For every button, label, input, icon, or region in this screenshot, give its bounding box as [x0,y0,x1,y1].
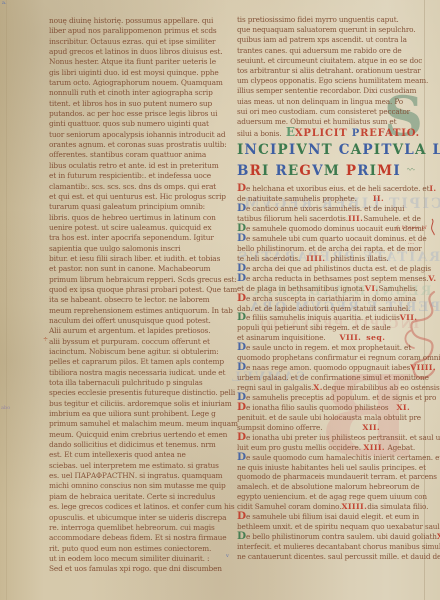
manuscript-line: offerentes. stantibus coram quattuor ani… [49,150,217,160]
text-segment: egypto ueniencium. et de agag rege quem … [237,492,427,502]
libri-regum-letters: BRI REGVM PRIMI [237,161,401,182]
manuscript-line: gis libri uiginti duo. id est moysi quin… [49,68,217,78]
text-segment: VII. [400,313,418,323]
heading-letter: L [404,140,415,161]
capitulum-line: interfecit. et mulieres decantabant chor… [237,542,415,552]
heading-letter: R [357,161,369,182]
heading-letter: R [250,161,262,182]
capitulum-line: De helchana et uxoribus eius. et de heli… [237,184,415,194]
text-segment: e saule uncto in regem. et mox prophetau… [246,343,411,353]
prefatio-text: tis pretiosissimo fidei myrro unguentis … [237,15,415,127]
heading-letter: A [415,140,427,161]
manuscript-line: tarum octo. Agiographorum nouem. Quamqua… [49,78,217,88]
text-segment: D [237,234,246,244]
text-segment: D [237,184,246,194]
manuscript-line: imbrium ea que uiliora sunt prohibent. L… [49,409,217,419]
text-segment: tatibus filiorum heli sacerdotis. [237,214,348,224]
text-segment: seq. [366,333,385,343]
capitulum-line: De archa suscepta in cariathiarim in dom… [237,294,415,304]
text-segment: luit eum pro gustu mellis occidere. [237,443,361,453]
text-segment: E [286,127,295,137]
heading-letter: B [237,161,250,182]
text-segment: e samuhele quomodo dominus uocauit eum d… [246,224,424,234]
manuscript-line: quod ex ipsa quoque phrasi probari potes… [49,285,217,295]
text-segment: REFATIO. [360,129,420,139]
capitulum-line: de natiuitate samuhelis prophete.II. [237,194,415,204]
text-segment: urbem galaad. et de confirmatione simul … [237,373,429,383]
manuscript-line: est. Et cum intellexeris quod antea ne [49,450,217,460]
manuscript-line: piam de hebraica ueritate. Certe si incr… [49,492,217,502]
heading-letter: I [270,140,278,161]
capitulum-line: te heli sacerdotis.IIII.philistinis illa… [237,254,415,264]
manuscript-line: apud grecos et latinos in duos libros di… [49,47,217,57]
capitulum-line: ne quis iniuste habitantes heli uel saul… [237,463,415,473]
manuscript-line: clamantib:. scs. scs. scs. dns ds omps. … [49,182,217,192]
manuscript-line: que nequaquam saluatorem querunt in sepu… [237,25,415,35]
manuscript-line: tuor seniorum apocalypsis iohannis intro… [49,130,217,140]
text-segment: e archa suscepta in cariathiarim in domo… [246,294,416,304]
text-segment: D [237,453,246,463]
text-segment: et asinarum inquisitione. [237,333,326,343]
manuscript-line: sui ori meo custodiam. cum consisteret p… [237,107,415,117]
manuscript-line: es. uel ΠΑΡΑΦΡΑCΤΗΝ. si ingratus. quamqu… [49,471,217,481]
manuscript-line: Nonus hester. Atque ita fiunt pariter ue… [49,57,217,67]
text-segment: e samuhele ubi cum quarto uocauit dominu… [246,234,427,244]
heading-letter: M [324,161,340,182]
text-segment: XIIII. [341,502,367,512]
heading-letter: N [245,140,259,161]
right-text-column: tis pretiosissimo fidei myrro unguentis … [237,15,415,562]
text-segment: Samuhele. et de [363,214,421,224]
manuscript-line: um clypeos opponatis. Ego sciens humilit… [237,76,415,86]
text-segment: ne cantauerunt dicentes. saul percussit … [237,552,440,562]
capitulum-line: quomodo prophetans confirmatur ei regnum… [237,353,415,363]
capitulum-line: amalech. et de absolutione malorum hebre… [237,482,415,492]
text-segment: D [237,433,246,443]
manuscript-line: dando sollicitius et didicimus et tenemu… [49,440,217,450]
incipiunt-capitula-heading: INCIPIVNT CAPITVLA LI [237,140,415,161]
text-segment: D [237,294,246,304]
text-segment: D [237,204,246,214]
text-segment: III. [348,214,363,224]
manuscript-line: meum reprehensionem estimes antiquorum. … [49,306,217,316]
capitulum-line: urbem galaad. et de confirmatione simul … [237,373,415,383]
heading-letter: I [374,140,382,161]
text-segment: populi qui petierunt sibi regem. et de s… [237,323,391,333]
text-segment: e saule quomodo cum hamalechitis inierit… [246,453,440,463]
manuscript-line: titent. et libros hos in suo putent nume… [49,99,217,109]
heading-letter: M [377,161,393,182]
heading-letter: R [275,161,287,182]
manuscript-line: libris. quos de hebreo uertimus in latin… [49,213,217,223]
capitulum-line: De filiis samuhelis iniquis auaritia. et… [237,313,415,323]
text-segment: et de plaga in bethsamitibus ignota. [237,284,365,294]
text-segment: bethleem unxit. et de spiritu nequam quo… [237,522,440,532]
heading-letter: G [299,161,312,182]
capitulum-line: De saule uncto in regem. et mox propheta… [237,343,415,353]
capitulum-line: et de plaga in bethsamitibus ignota.VI.S… [237,284,415,294]
heading-letter: I [370,161,378,182]
text-segment: de natiuitate samuhelis prophete. [237,194,357,204]
heading-letter: T [381,140,392,161]
manuscript-line: seuiunt. et circumeunt ciuitatem. atque … [237,56,415,66]
heading-letter: I [393,161,401,182]
text-segment: e bello philistinorum contra saulem. ubi… [246,532,437,542]
manuscript-line: bitur. et iesu filii sirach liber. et iu… [49,254,217,264]
manuscript-line: pelles et caprarum pilos. Et tamen apls … [49,357,217,367]
manuscript-page: INCIPIT LIBER REGVMEBRAITATE PREPARATVSR… [0,0,440,600]
text-segment: amalech. et de absolutione malorum hebre… [237,482,419,492]
manuscript-line: rit. puto quod eum non estimes coniector… [49,544,217,554]
manuscript-line: Sed et uos famulas xpi rogo. que dni dis… [49,564,217,574]
text-segment: D [237,343,246,353]
heading-letter: L [433,140,440,161]
text-segment: dab. et de lapide adiutorii quem statuit… [237,304,410,314]
manuscript-line: et in futurum respicientib:. et indefess… [49,171,217,181]
manuscript-line: aduersum me. Obmutui et humiliatus sum e… [237,117,415,127]
manuscript-line: tra hos est. inter apocrifa seponendum. … [49,233,217,243]
manuscript-line: ginti quattuor. quos sub numero uiginti … [49,119,217,129]
manuscript-line: iacinctum. Nobiscum bene agitur. si obtu… [49,347,217,357]
manuscript-line: liber apud nos paralippomenon primus et … [49,26,217,36]
text-segment: XI. [396,403,410,413]
heading-letter: I [237,140,245,161]
heading-letter: N [308,140,322,161]
heading-letter: V [296,140,308,161]
manuscript-line: tibiliora nostra magis necessaria iudica… [49,368,217,378]
text-segment: e archa reducta in bethsames post septem… [246,274,428,284]
heading-letter: P [346,161,357,182]
text-segment: D [237,274,246,284]
text-segment: silui a bonis. [237,129,286,139]
capitula-list: De helchana et uxoribus eius. et de heli… [237,184,415,562]
capitulum-line: De naas rege amon. quomodo oppugnauit ia… [237,363,415,373]
text-segment: quomodo de pharmaceis mundauerit terram.… [237,472,437,482]
heading-letter: P [278,140,289,161]
manuscript-line: et qui est. et qui uenturus est. Hic pro… [49,192,217,202]
heading-letter: C [258,140,270,161]
text-segment: VI. [365,284,379,294]
text-segment: e naas rege amon. quomodo oppugnauit iab… [246,363,410,373]
manuscript-line: accommodare debeas fidem. Et si nostra f… [49,533,217,543]
text-segment: X. [313,383,323,393]
capitulum-line: De ionatha filio saulis quomodo philiste… [237,403,415,413]
text-segment: VIIII. [410,363,436,373]
text-segment: XPLICIT [295,129,352,139]
manuscript-line: tos arbitrantur si aliis detrahant. orat… [237,66,415,76]
capitulum-line: De samuhele quomodo dominus uocauit eum … [237,224,415,234]
capitulum-line: De samuhele ubi cum quarto uocauit domin… [237,234,415,244]
left-margin-mark: ÷ [43,336,48,343]
text-segment: penituit. et de saule ubi holocausta mal… [237,413,421,423]
manuscript-line: inscribitur. Octauus ezras. qui et ipse … [49,37,217,47]
text-segment: e samuhelis preceptis ad populum. et de … [246,393,436,403]
heading-letter: V [393,140,405,161]
manuscript-line: tis pretiosissimo fidei myrro unguentis … [237,15,415,25]
manuscript-line: uenire potest. ut scire ualeamus. quicqu… [49,223,217,233]
text-segment: cidit Samuhel coram domino. [237,502,341,512]
text-segment: D [237,532,246,542]
text-segment: D [237,363,246,373]
capitulum-line: egypto ueniencium. et de agag rege quem … [237,492,415,502]
capitulum-line: regni saul in galgalis.X.deque mirabilib… [237,383,415,393]
heading-flourish-icon [407,163,415,175]
capitulum-line: bethleem unxit. et de spiritu nequam quo… [237,522,415,532]
heading-letter: E [288,161,300,182]
capitulum-line: De samuhele ubi filium isai dauid elegit… [237,512,415,522]
manuscript-line: Alii aurum et argentum. et lapides preti… [49,326,217,336]
text-segment: philistinis illatis. [330,254,388,264]
parchment-crease [6,0,7,600]
manuscript-line: sapientia que uulgo salomonis inscri [49,244,217,254]
capitulum-line: De saule quomodo cum hamalechitis inieri… [237,453,415,463]
manuscript-line: tota illa tabernaculi pulchritudo p sing… [49,378,217,388]
blue-margin-mark: v [226,553,229,559]
text-segment: interfecit. et mulieres decantabant chor… [237,542,440,552]
manuscript-line: orantes agnum. et coronas suas prostrati… [49,140,217,150]
manuscript-line: nouę diuinę historię. possumus appellare… [49,16,217,26]
manuscript-line: trantes canes. qui aduersum me rabido or… [237,46,415,56]
capitulum-line: De bello philistinorum contra saulem. ub… [237,532,415,542]
manuscript-line: alii byssum et purpuram. coccum offerunt… [49,337,217,347]
manuscript-line: michi omnino conscius non sim mutasse me… [49,481,217,491]
manuscript-line: sciebas. uel interpretem me estimato. si… [49,461,217,471]
marginal-note-flourish [428,218,436,236]
capitulum-line: quomodo de pharmaceis mundauerit terram.… [237,472,415,482]
text-segment: e filiis samuhelis iniquis auaritia. et … [246,313,400,323]
capitulum-line: luit eum pro gustu mellis occidere.XIII.… [237,443,415,453]
text-segment: P [352,129,360,139]
text-segment: e cantico anne uxoris samuhelis. et de i… [246,204,404,214]
text-segment: Agebat. [388,443,415,453]
libri-regum-heading: BRI REGVM PRIMI [237,161,415,182]
capitulum-line: dab. et de lapide adiutorii quem statuit… [237,304,415,314]
text-segment: e samuhele ubi filium isai dauid elegit.… [246,512,419,522]
heading-letter: V [312,161,324,182]
text-segment: I. [429,184,436,194]
manuscript-line: re. interroga quemlibet hebreorum. cui m… [49,523,217,533]
text-segment: dia simulata filio. [367,502,428,512]
text-segment: V. [428,274,436,284]
text-segment: D [237,403,246,413]
explicit-prefatio-rubric: silui a bonis. EXPLICIT PREFATIO. [237,127,415,137]
capitulum-line: De archa dei que ad philistinos ducta es… [237,264,415,274]
capitulum-line: sumpsit domino offerre.XII. [237,423,415,433]
left-text-column: nouę diuinę historię. possumus appellare… [49,16,217,575]
manuscript-line: uias meas. ut non delinquam in lingua me… [237,97,415,107]
text-segment: deque mirabilibus ab eo ostensis. [323,383,440,393]
heading-letter: T [322,140,333,161]
manuscript-line: primum librum hebraicum repperi. Scds gr… [49,275,217,285]
manuscript-line: opusculis. et ubicumque inter se uideris… [49,513,217,523]
manuscript-line: meum. Quicquid enim crebrius uertendo et… [49,430,217,440]
manuscript-line: primum samuhel et malachim meum. meum in… [49,419,217,429]
text-segment: VIII. [340,333,362,343]
text-segment: quomodo prophetans confirmatur ei regnum… [237,353,440,363]
text-segment: regni saul in galgalis. [237,383,313,393]
manuscript-line: turarum quasi galeatum principium omnib: [49,202,217,212]
text-segment: Samuhelis. [379,284,418,294]
text-segment: XIII. [363,443,385,453]
text-segment: D [237,512,246,522]
text-segment: IIII. [306,254,325,264]
text-segment: e ionatha ubi preter ius philisteos pert… [246,433,440,443]
text-segment: e ionatha filio saulis quomodo philisteo… [246,403,388,413]
heading-letter: C [339,140,351,161]
capitulum-line: De cantico anne uxoris samuhelis. et de … [237,204,415,214]
manuscript-line: illius semper sententie recordabor. Dixi… [237,86,415,96]
manuscript-line: nonnulli ruth et cinoth inter agiographa… [49,88,217,98]
capitulum-line: ne cantauerunt dicentes. saul percussit … [237,552,415,562]
text-segment: bello philistinorum. et de archa dei rap… [237,244,422,254]
text-segment: D [237,313,246,323]
text-segment: te heli sacerdotis. [237,254,300,264]
capitulum-line: cidit Samuhel coram domino.XIIII.dia sim… [237,502,415,512]
heading-letter: I [262,161,270,182]
manuscript-line: putandos. ac per hoc esse prisce legis l… [49,109,217,119]
manuscript-line: naculum dei offert unusquisque quod pote… [49,316,217,326]
manuscript-line: quibus iam ad patrem xps ascendit. ut co… [237,35,415,45]
manuscript-line: libus oculatis retro et ante. id est in … [49,161,217,171]
text-segment: e helchana et uxoribus eius. et de heli … [246,184,429,194]
heading-letter: P [362,140,373,161]
manuscript-line: species ecclesie presentis futureque dis… [49,388,217,398]
capitulum-line: bello philistinorum. et de archa dei rap… [237,244,415,254]
text-segment: II. [373,194,384,204]
manuscript-line: bus tegitur et ciliciis. ardoremque soli… [49,399,217,409]
text-segment: e archa dei que ad philistinos ducta est… [246,264,431,274]
text-segment: XII. [362,423,380,433]
manuscript-line: ut in eodem loco mecum similiter diuinar… [49,554,217,564]
capitulum-line: De samuhelis preceptis ad populum. et de… [237,393,415,403]
manuscript-line: ita se habeant. obsecro te lector. ne la… [49,295,217,305]
capitulum-line: penituit. et de saule ubi holocausta mal… [237,413,415,423]
capitulum-line: tatibus filiorum heli sacerdotis.III.Sam… [237,214,415,224]
capitulum-line: De archa reducta in bethsames post septe… [237,274,415,284]
heading-letter: A [351,140,363,161]
manuscript-line: es. lege grecos codices et latinos. et c… [49,502,217,512]
capitulum-line: De ionatha ubi preter ius philisteos per… [237,433,415,443]
text-segment: ne quis iniuste habitantes heli uel saul… [237,463,426,473]
capitulum-line: populi qui petierunt sibi regem. et de s… [237,323,415,333]
capitulum-line: et asinarum inquisitione.VIII.seq. [237,333,415,343]
text-segment: sumpsit domino offerre. [237,423,322,433]
manuscript-line: et pastor. non sunt in canone. Machabeor… [49,264,217,274]
